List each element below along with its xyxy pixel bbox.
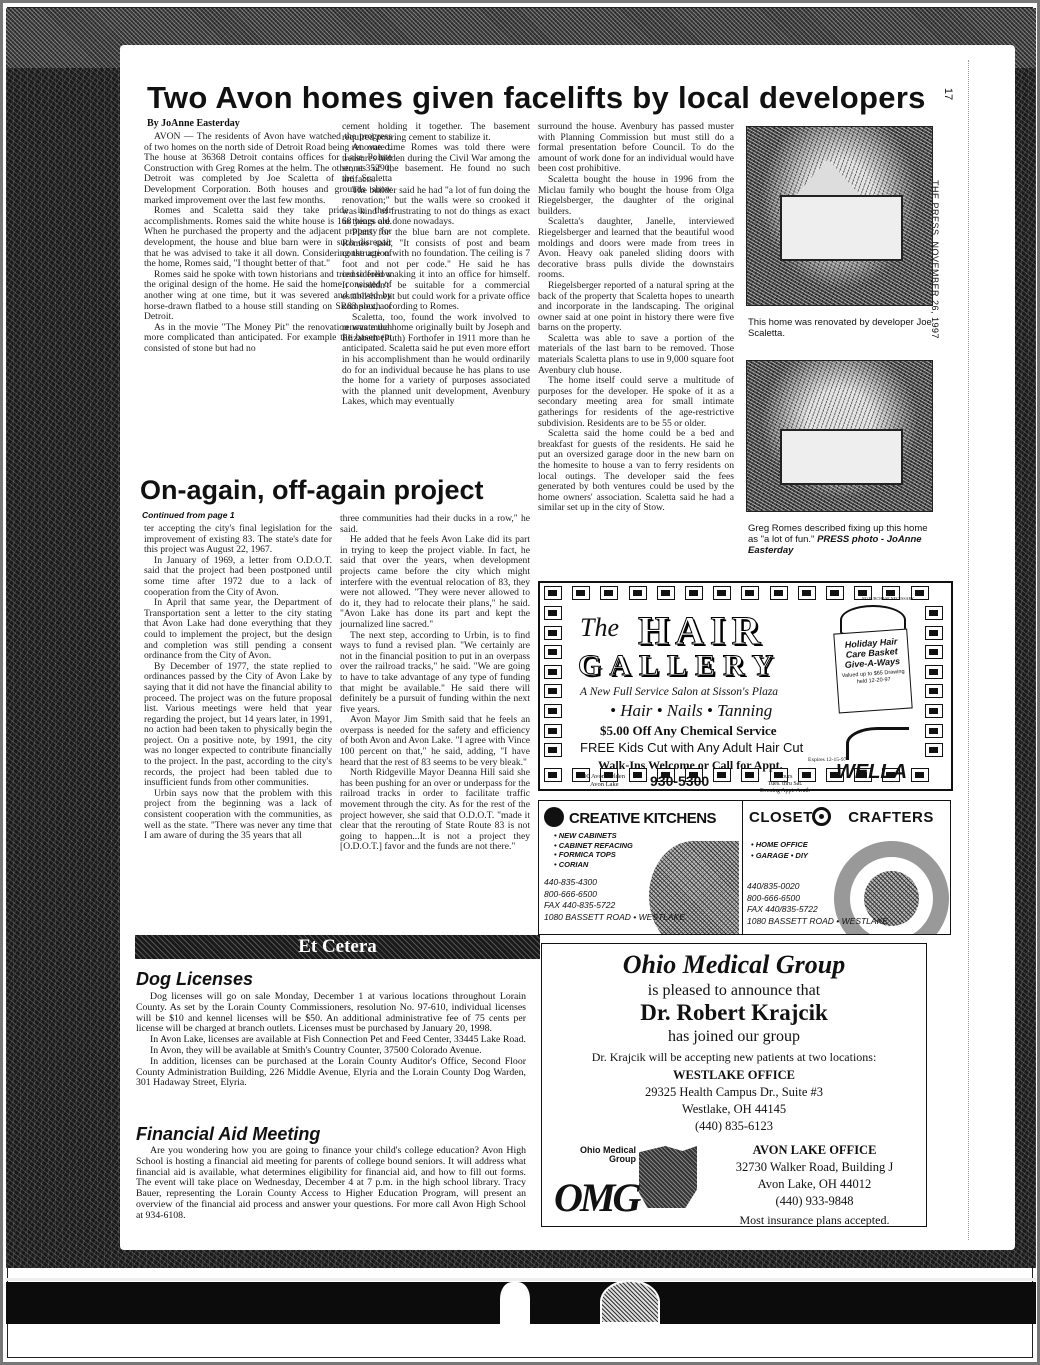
ad-offer-kids: FREE Kids Cut with Any Adult Hair Cut <box>580 740 803 755</box>
ad-hours: Hours Tues. thru Sat. Evening Appt. Avai… <box>760 774 810 795</box>
financial-aid-body: Are you wondering how you are going to f… <box>136 1146 526 1222</box>
service-item: • GARAGE • DIY <box>751 850 808 861</box>
paragraph: Urbin says now that the problem with thi… <box>144 789 332 842</box>
bottom-artifact <box>500 1282 530 1324</box>
ohio-state-shape-icon <box>639 1146 697 1208</box>
closet-crafters-title: CLOSET CRAFTERS <box>749 809 934 826</box>
paragraph: three communities had their ducks in a r… <box>340 514 530 535</box>
fax: FAX 440-835-5722 <box>544 900 685 912</box>
paragraph: Scaletta was able to save a portion of t… <box>538 334 734 376</box>
tile-icon <box>925 684 943 698</box>
omg-office1-addr2: Westlake, OH 44145 <box>542 1102 926 1117</box>
ad-hours-line2: Tues. thru Sat. <box>760 781 810 788</box>
address: 1080 BASSETT ROAD • WESTLAKE <box>747 916 888 928</box>
tile-icon <box>925 704 943 718</box>
tile-icon <box>925 665 943 679</box>
tile-icon <box>925 645 943 659</box>
article2-headline: On-again, off-again project <box>140 475 484 506</box>
tile-icon <box>798 586 816 600</box>
tile-icon <box>544 665 562 679</box>
article-byline: By JoAnne Easterday <box>147 118 240 129</box>
tile-icon <box>925 626 943 640</box>
phone: 800-666-6500 <box>544 889 685 901</box>
tile-icon <box>544 724 562 738</box>
omg-office2-name: AVON LAKE OFFICE <box>707 1142 922 1159</box>
tile-icon <box>770 586 788 600</box>
creative-kitchens-contact: 440-835-4300 800-666-6500 FAX 440-835-57… <box>544 877 685 923</box>
paragraph: Dog licenses will go on sale Monday, Dec… <box>136 992 526 1035</box>
ad-title-gallery: GALLERY <box>578 649 781 683</box>
photo-romes-home <box>746 360 933 512</box>
continued-label: Continued from page 1 <box>142 510 235 520</box>
service-item: • CABINET REFACING <box>554 841 633 851</box>
ohio-medical-group-ad: Ohio Medical Group is pleased to announc… <box>541 943 927 1227</box>
ad-address: 690 Avon Belden Avon Lake <box>580 773 625 789</box>
et-cetera-title: Et Cetera <box>135 935 540 959</box>
photo1-caption: This home was renovated by developer Joe… <box>748 317 938 339</box>
closet-title-right: CRAFTERS <box>848 809 934 826</box>
tile-icon <box>925 743 943 757</box>
omg-accepting: Dr. Krajcik will be accepting new patien… <box>542 1050 926 1065</box>
tile-icon <box>826 586 844 600</box>
basket-title: Holiday Hair Care Basket Give-A-Ways <box>835 636 909 671</box>
omg-office2-addr2: Avon Lake, OH 44012 <box>707 1176 922 1193</box>
ad-no-purchase: NO PURCHASE NECESSARY <box>862 597 914 602</box>
wella-brand: WELLA <box>836 761 907 784</box>
paragraph: Avon Mayor Jim Smith said that he feels … <box>340 715 530 768</box>
creative-kitchens-services: • NEW CABINETS • CABINET REFACING • FORM… <box>554 831 633 869</box>
tile-icon <box>544 645 562 659</box>
service-item: • CORIAN <box>554 860 633 870</box>
page-edge-strip <box>968 60 1009 1240</box>
bullseye-icon <box>812 807 831 826</box>
tile-icon <box>544 704 562 718</box>
paragraph: By December of 1977, the state replied t… <box>144 662 332 789</box>
page-number: 17 <box>942 88 954 100</box>
ad-tagline: A New Full Service Salon at Sisson's Pla… <box>580 686 778 698</box>
ad-phone: 930-5300 <box>650 773 709 789</box>
tile-icon <box>544 606 562 620</box>
paragraph: Scaletta bought the house in 1996 from t… <box>538 175 734 217</box>
dog-licenses-heading: Dog Licenses <box>136 969 253 990</box>
tile-icon <box>600 586 618 600</box>
paragraph: The next step, according to Urbin, is to… <box>340 631 530 716</box>
tile-icon <box>741 586 759 600</box>
tile-icon <box>544 684 562 698</box>
basket-detail: Valued up to $65 Drawing held 12-20-97 <box>837 668 910 686</box>
tile-icon <box>544 586 562 600</box>
omg-office2-phone: (440) 933-9848 <box>707 1193 922 1210</box>
tile-icon <box>911 768 929 782</box>
paragraph: ter accepting the city's final legislati… <box>144 524 332 556</box>
creative-kitchens-title: CREATIVE KITCHENS <box>569 810 716 827</box>
article1-column-3: surround the house. Avenbury has passed … <box>538 122 734 514</box>
tile-icon <box>685 586 703 600</box>
tile-icon <box>544 768 562 782</box>
fax: FAX 440/835-5722 <box>747 904 888 916</box>
article1-column-2: cement holding it together. The basement… <box>342 122 530 408</box>
tile-icon <box>544 626 562 640</box>
omg-office2: AVON LAKE OFFICE 32730 Walker Road, Buil… <box>707 1142 922 1230</box>
tile-icon <box>713 586 731 600</box>
service-item: • HOME OFFICE <box>751 839 808 850</box>
omg-logo: Ohio Medical Group OMG <box>554 1146 704 1216</box>
closet-crafters-contact: 440/835-0020 800-666-6500 FAX 440/835-57… <box>747 881 888 927</box>
bottom-artifact-coin <box>600 1280 660 1324</box>
omg-announce: is pleased to announce that <box>542 982 926 1000</box>
service-item: • NEW CABINETS <box>554 831 633 841</box>
omg-office1-name: WESTLAKE OFFICE <box>542 1068 926 1083</box>
article-headline: Two Avon homes given facelifts by local … <box>147 80 926 116</box>
omg-insurance: Most insurance plans accepted. <box>707 1210 922 1230</box>
paragraph: surround the house. Avenbury has passed … <box>538 122 734 175</box>
ad-address-line1: 690 Avon Belden <box>580 773 625 781</box>
paragraph: North Ridgeville Mayor Deanna Hill said … <box>340 768 530 853</box>
omg-title: Ohio Medical Group <box>542 950 926 980</box>
paragraph: In April that same year, the Department … <box>144 598 332 662</box>
phone: 800-666-6500 <box>747 893 888 905</box>
photo2-caption: Greg Romes described fixing up this home… <box>748 523 938 556</box>
et-cetera-banner: Et Cetera <box>135 935 540 959</box>
address: 1080 BASSETT ROAD • WESTLAKE <box>544 912 685 924</box>
closet-title-left: CLOSET <box>749 809 813 826</box>
tile-icon <box>925 606 943 620</box>
paragraph: cement holding it together. The basement… <box>342 122 530 143</box>
paragraph: Scaletta, too, found the work involved t… <box>342 313 530 408</box>
gift-basket-tag: Holiday Hair Care Basket Give-A-Ways Val… <box>833 629 912 714</box>
omg-office2-addr1: 32730 Walker Road, Building J <box>707 1159 922 1176</box>
financial-aid-heading: Financial Aid Meeting <box>136 1124 320 1145</box>
dog-licenses-body: Dog licenses will go on sale Monday, Dec… <box>136 992 526 1089</box>
tile-icon <box>925 724 943 738</box>
wella-logo-icon <box>846 727 909 760</box>
article2-column-1: ter accepting the city's final legislati… <box>144 524 332 842</box>
paragraph: He added that he feels Avon Lake did its… <box>340 535 530 630</box>
ad-offer-chemical: $5.00 Off Any Chemical Service <box>600 723 777 739</box>
paragraph: Riegelsberger reported of a natural spri… <box>538 281 734 334</box>
tile-icon <box>572 586 590 600</box>
omg-doctor-name: Dr. Robert Krajcik <box>542 1000 926 1026</box>
omg-logo-text: Ohio Medical Group <box>576 1146 636 1163</box>
photo-scaletta-home <box>746 126 933 306</box>
paragraph: At one time Romes was told there were tr… <box>342 143 530 185</box>
paragraph: Scaletta's daughter, Janelle, interviewe… <box>538 217 734 281</box>
ad-title-the: The <box>580 613 619 643</box>
ad-address-line2: Avon Lake <box>580 781 625 789</box>
paragraph: The home itself could serve a multitude … <box>538 376 734 429</box>
house-shape <box>780 195 902 261</box>
paragraph: Are you wondering how you are going to f… <box>136 1146 526 1222</box>
phone: 440-835-4300 <box>544 877 685 889</box>
hair-gallery-ad: The HAIR GALLERY A New Full Service Salo… <box>538 581 953 791</box>
tile-icon <box>657 586 675 600</box>
phone: 440/835-0020 <box>747 881 888 893</box>
paragraph: Scaletta said the home could be a bed an… <box>538 429 734 514</box>
ad-title-hair: HAIR <box>638 607 766 654</box>
tile-icon <box>629 586 647 600</box>
ad-hours-line3: Evening Appt. Avail. <box>760 788 810 795</box>
omg-office1-addr1: 29325 Health Campus Dr., Suite #3 <box>542 1085 926 1100</box>
closet-crafters-services: • HOME OFFICE • GARAGE • DIY <box>751 839 808 861</box>
ad-hours-line1: Hours <box>760 774 810 781</box>
paragraph: In addition, licenses can be purchased a… <box>136 1057 526 1089</box>
ad-divider <box>742 801 743 934</box>
ad-services: • Hair • Nails • Tanning <box>610 701 772 721</box>
kitchens-closet-ad: CREATIVE KITCHENS • NEW CABINETS • CABIN… <box>538 800 951 935</box>
tile-icon <box>544 743 562 757</box>
paragraph: The builder said he had "a lot of fun do… <box>342 186 530 228</box>
omg-office1-phone: (440) 835-6123 <box>542 1119 926 1134</box>
bottom-divider <box>6 1278 1036 1281</box>
omg-logo-letters: OMG <box>554 1174 638 1221</box>
paragraph: In January of 1969, a letter from O.D.O.… <box>144 556 332 598</box>
house-shape <box>780 429 902 486</box>
omg-joined: has joined our group <box>542 1028 926 1046</box>
creative-kitchens-logo-icon <box>544 807 564 827</box>
paragraph: Plans for the blue barn are not complete… <box>342 228 530 313</box>
service-item: • FORMICA TOPS <box>554 850 633 860</box>
article2-column-2: three communities had their ducks in a r… <box>340 514 530 853</box>
ad-walkin: Walk-Ins Welcome or Call for Appt. <box>598 758 783 773</box>
